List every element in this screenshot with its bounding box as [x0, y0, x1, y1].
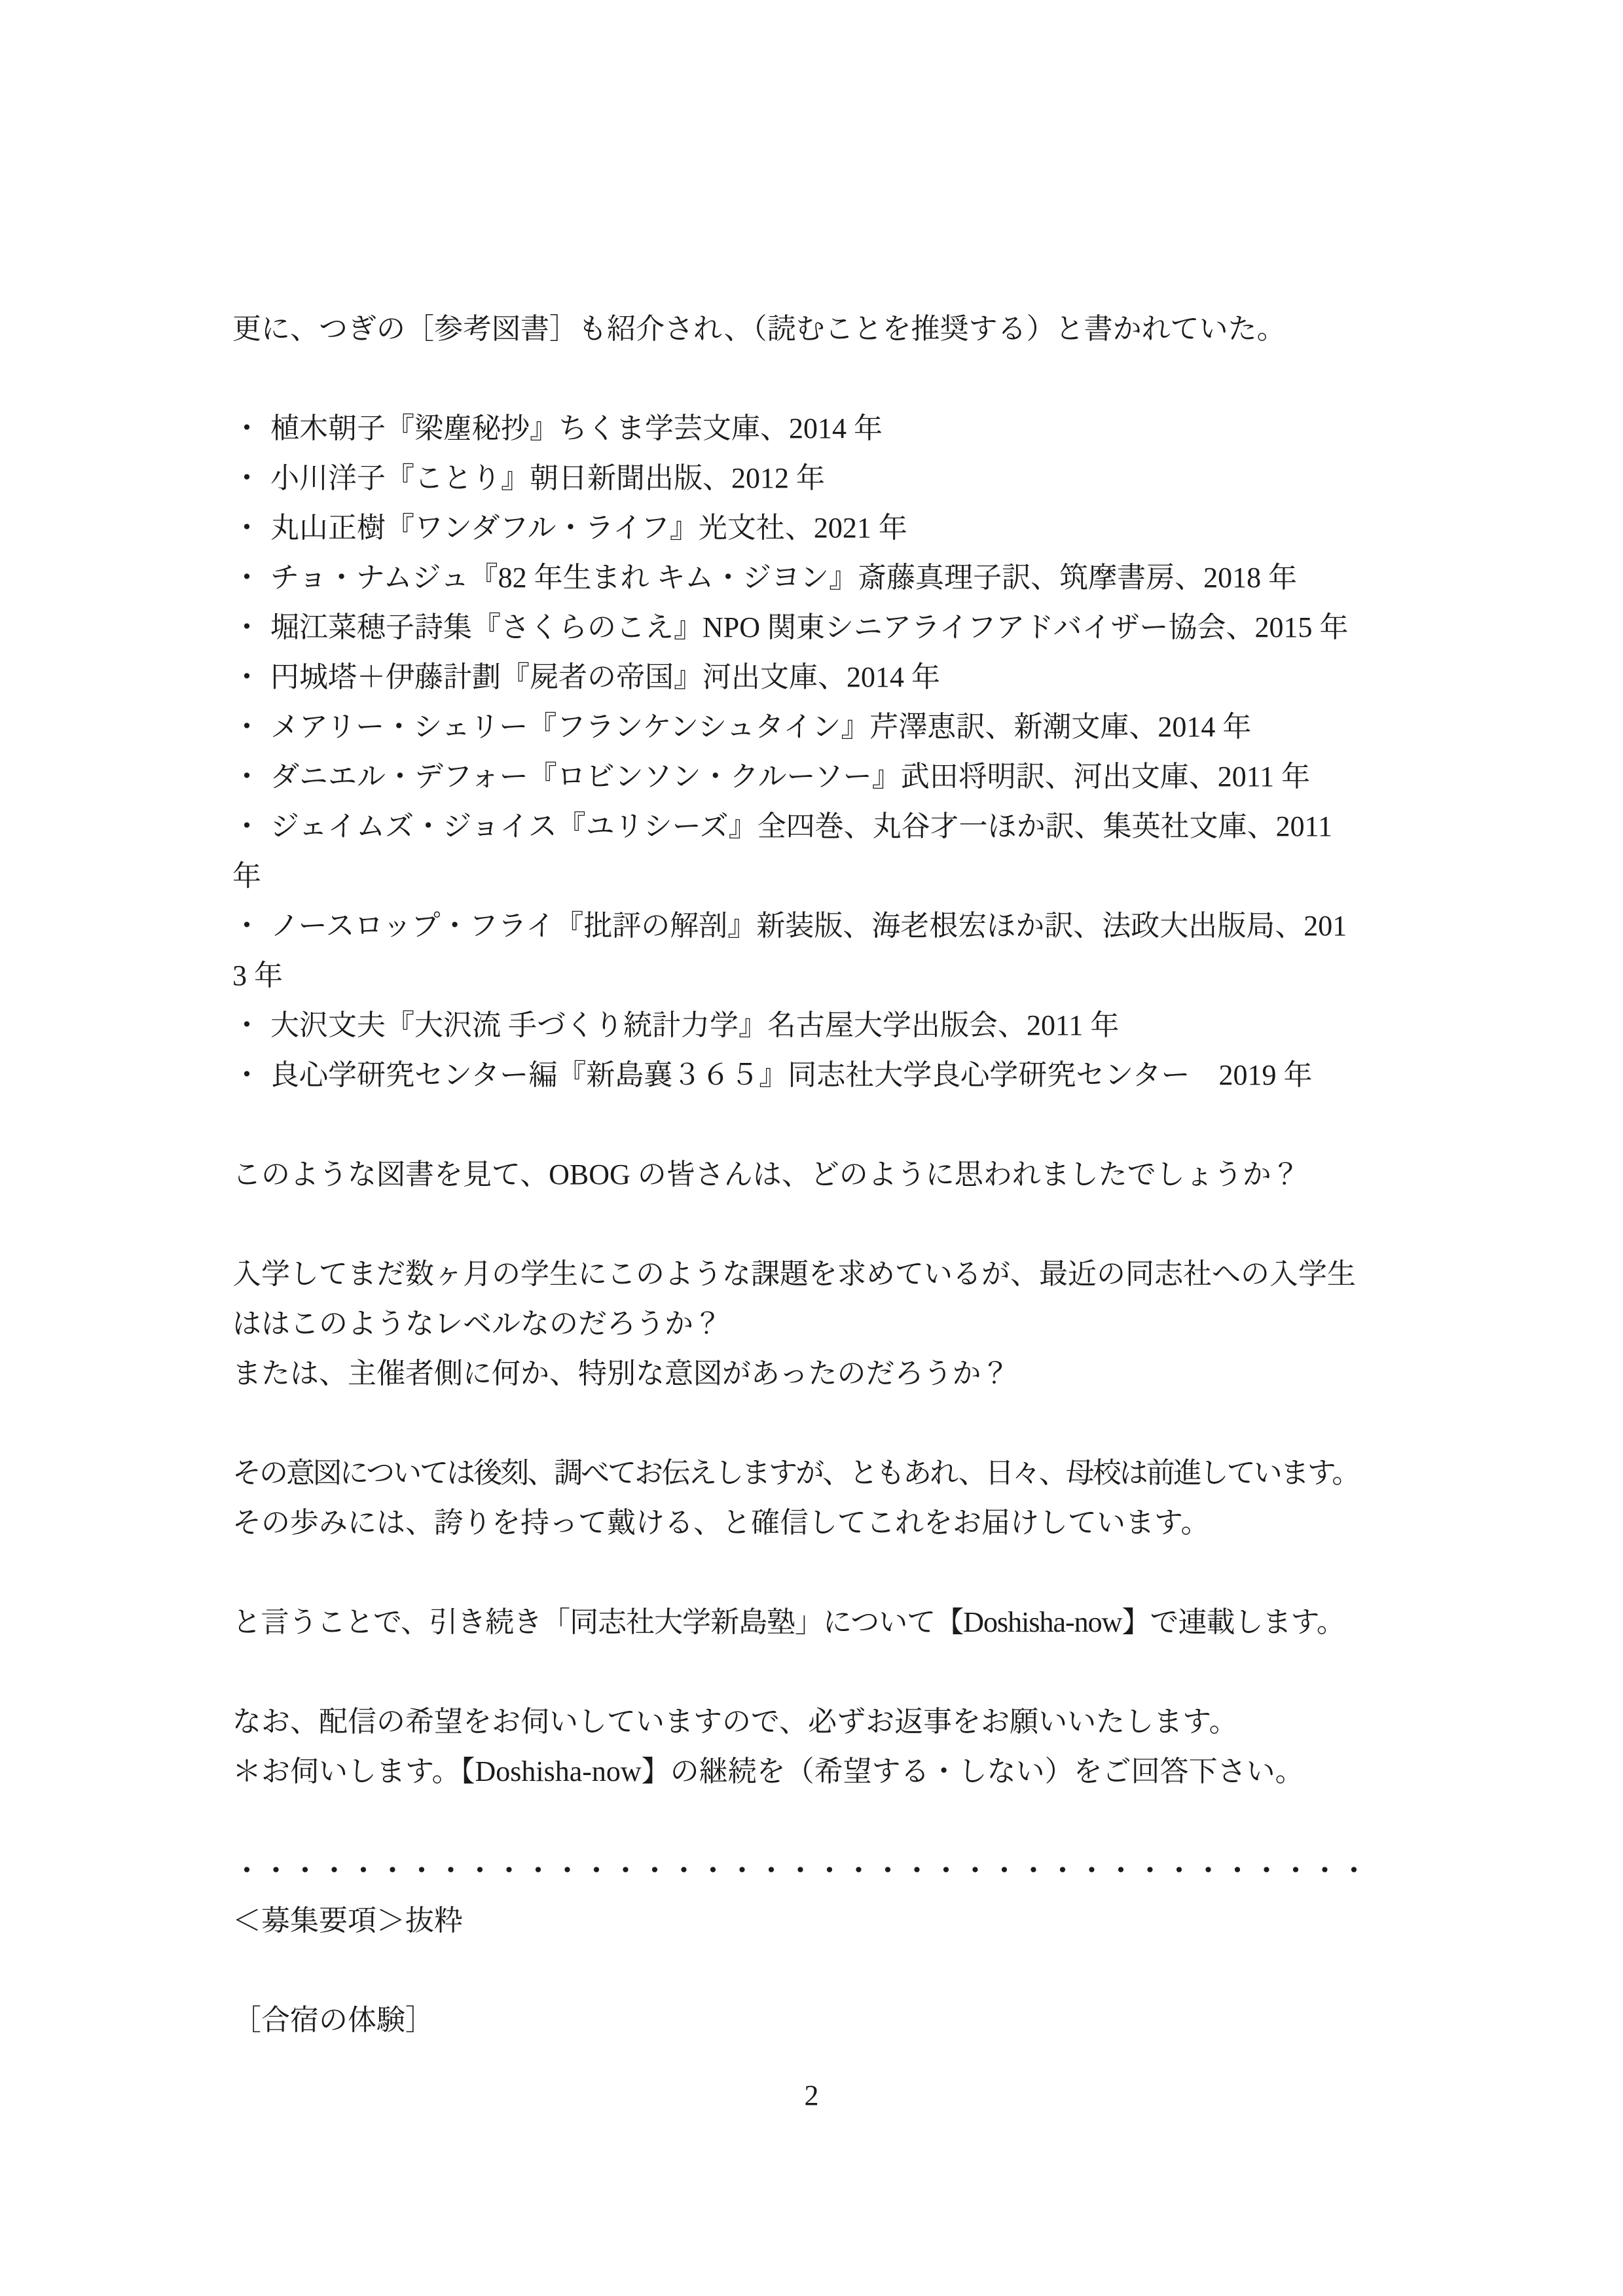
book-list-item: ・堀江菜穂子詩集『さくらのこえ』NPO 関東シニアライフアドバイザー協会、201…: [232, 603, 1404, 653]
book-list-item: ・丸山正樹『ワンダフル・ライフ』光文社、2021 年: [232, 503, 1404, 553]
reference-book-list: ・植木朝子『梁塵秘抄』ちくま学芸文庫、2014 年 ・小川洋子『ことり』朝日新聞…: [232, 404, 1404, 1100]
book-entry-text: ノースロップ・フライ『批評の解剖』新装版、海老根宏ほか訳、法政大出版局、201 …: [232, 910, 1347, 992]
organizer-intent-question: または、主催者側に何か、特別な意図があったのだろうか？: [232, 1349, 1404, 1399]
book-entry-text: チョ・ナムジュ『82 年生まれ キム・ジヨン』斎藤真理子訳、筑摩書房、2018 …: [270, 562, 1297, 594]
bullet-icon: ・: [232, 910, 261, 942]
camp-experience-heading: ［合宿の体験］: [232, 1996, 1404, 2045]
book-entry-text: ダニエル・デフォー『ロビンソン・クルーソー』武田将明訳、河出文庫、2011 年: [270, 761, 1310, 793]
pride-line: その歩みには、誇りを持って戴ける、と確信してこれをお届けしています。: [232, 1498, 1404, 1548]
bullet-icon: ・: [232, 1059, 261, 1091]
book-list-item: ・小川洋子『ことり』朝日新聞出版、2012 年: [232, 454, 1404, 503]
book-list-item: ・ジェイムズ・ジョイス『ユリシーズ』全四巻、丸谷才一ほか訳、集英社文庫、2011…: [232, 802, 1404, 901]
bullet-icon: ・: [232, 512, 261, 544]
book-entry-text: 丸山正樹『ワンダフル・ライフ』光文社、2021 年: [270, 512, 907, 544]
bullet-icon: ・: [232, 810, 261, 842]
book-entry-text: 大沢文夫『大沢流 手づくり統計力学』名古屋大学出版会、2011 年: [270, 1009, 1119, 1041]
extract-section: ・・・・・・・・・・・・・・・・・・・・・・・・・・・・・・・・・・・・・・・ …: [232, 1846, 1404, 1946]
bullet-icon: ・: [232, 462, 261, 494]
bullet-icon: ・: [232, 761, 261, 793]
reply-request-line: なお、配信の希望をお伺いしていますので、必ずお返事をお願いいたします。: [232, 1697, 1404, 1747]
book-list-item: ・植木朝子『梁塵秘抄』ちくま学芸文庫、2014 年: [232, 404, 1404, 454]
book-entry-text: 円城塔＋伊藤計劃『屍者の帝国』河出文庫、2014 年: [270, 661, 940, 693]
book-list-item: ・大沢文夫『大沢流 手づくり統計力学』名古屋大学出版会、2011 年: [232, 1001, 1404, 1050]
dotted-divider: ・・・・・・・・・・・・・・・・・・・・・・・・・・・・・・・・・・・・・・・: [232, 1846, 1404, 1896]
reply-instruction-line: ＊お伺いします。【Doshisha-now】の継続を（希望する・しない）をご回答…: [232, 1747, 1404, 1797]
bullet-icon: ・: [232, 661, 261, 693]
student-level-paragraph: 入学してまだ数ヶ月の学生にこのような課題を求めているが、最近の同志社への入学生 …: [232, 1249, 1404, 1399]
page-number: 2: [0, 2076, 1623, 2115]
extract-heading: ＜募集要項＞抜粋: [232, 1896, 1404, 1946]
book-list-item: ・ダニエル・デフォー『ロビンソン・クルーソー』武田将明訳、河出文庫、2011 年: [232, 752, 1404, 802]
obog-question-paragraph: このような図書を見て、OBOG の皆さんは、どのように思われましたでしょうか？: [232, 1150, 1404, 1200]
bullet-icon: ・: [232, 1009, 261, 1041]
reply-request-paragraph: なお、配信の希望をお伺いしていますので、必ずお返事をお願いいたします。 ＊お伺い…: [232, 1697, 1404, 1797]
book-list-item: ・メアリー・シェリー『フランケンシュタイン』芹澤恵訳、新潮文庫、2014 年: [232, 702, 1404, 752]
bullet-icon: ・: [232, 412, 261, 444]
book-entry-text: メアリー・シェリー『フランケンシュタイン』芹澤恵訳、新潮文庫、2014 年: [270, 711, 1251, 743]
intro-paragraph: 更に、つぎの［参考図書］も紹介され、（読むことを推奨する）と書かれていた。: [232, 304, 1404, 354]
book-list-item: ・良心学研究センター編『新島襄３６５』同志社大学良心学研究センター 2019 年: [232, 1050, 1404, 1100]
book-list-item: ・チョ・ナムジュ『82 年生まれ キム・ジヨン』斎藤真理子訳、筑摩書房、2018…: [232, 553, 1404, 603]
book-entry-text: ジェイムズ・ジョイス『ユリシーズ』全四巻、丸谷才一ほか訳、集英社文庫、2011 …: [232, 810, 1332, 892]
bullet-icon: ・: [232, 562, 261, 594]
document-content: 更に、つぎの［参考図書］も紹介され、（読むことを推奨する）と書かれていた。 ・植…: [232, 304, 1404, 2045]
bullet-icon: ・: [232, 711, 261, 743]
book-entry-text: 小川洋子『ことり』朝日新聞出版、2012 年: [270, 462, 825, 494]
bullet-icon: ・: [232, 611, 261, 643]
document-page: 更に、つぎの［参考図書］も紹介され、（読むことを推奨する）と書かれていた。 ・植…: [0, 0, 1623, 2296]
book-entry-text: 植木朝子『梁塵秘抄』ちくま学芸文庫、2014 年: [270, 412, 883, 444]
student-level-question: 入学してまだ数ヶ月の学生にこのような課題を求めているが、最近の同志社への入学生 …: [232, 1249, 1404, 1349]
book-list-item: ・ノースロップ・フライ『批評の解剖』新装版、海老根宏ほか訳、法政大出版局、201…: [232, 901, 1404, 1001]
book-entry-text: 良心学研究センター編『新島襄３６５』同志社大学良心学研究センター 2019 年: [270, 1059, 1312, 1091]
book-entry-text: 堀江菜穂子詩集『さくらのこえ』NPO 関東シニアライフアドバイザー協会、2015…: [270, 611, 1349, 643]
serialization-announcement: と言うことで、引き続き「同志社大学新島塾」について【Doshisha-now】で…: [232, 1598, 1404, 1647]
book-list-item: ・円城塔＋伊藤計劃『屍者の帝国』河出文庫、2014 年: [232, 653, 1404, 702]
intent-paragraph: その意図については後刻、調べてお伝えしますが、ともあれ、日々、母校は前進していま…: [232, 1448, 1404, 1548]
intent-followup-line: その意図については後刻、調べてお伝えしますが、ともあれ、日々、母校は前進していま…: [232, 1448, 1404, 1498]
